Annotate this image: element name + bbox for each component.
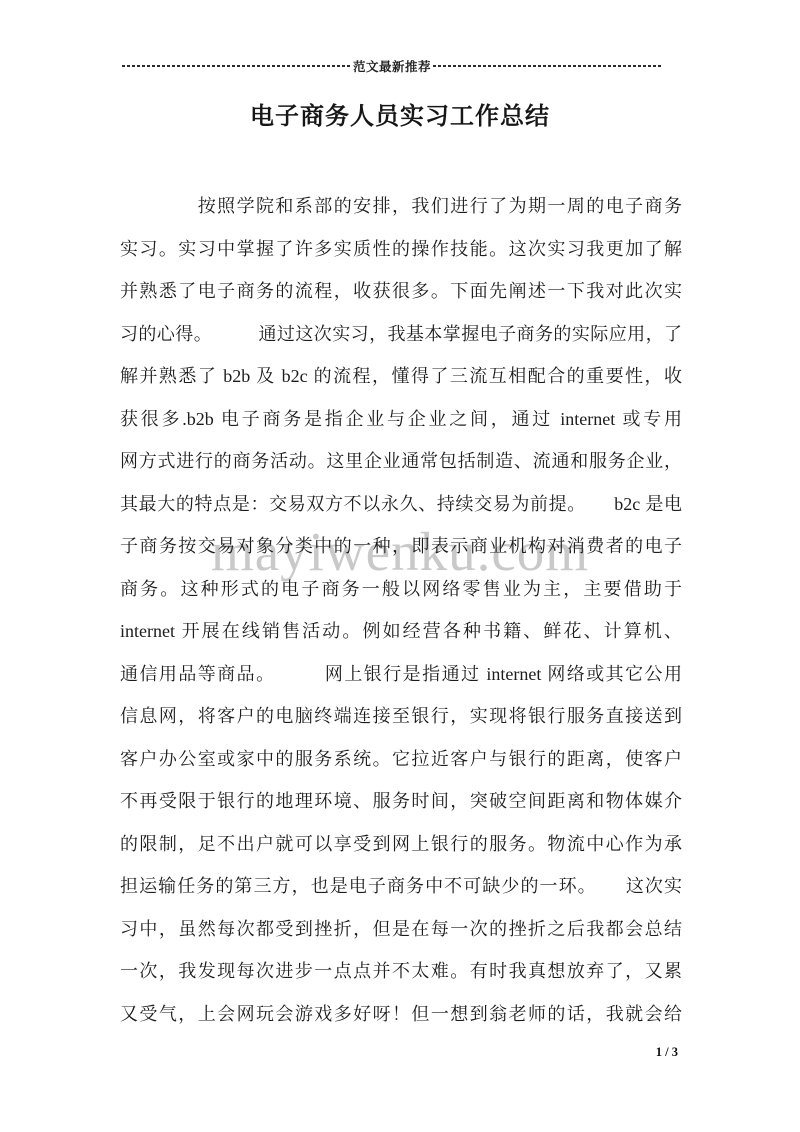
body-line: 其最大的特点是：交易双方不以永久、持续交易为前提。 b2c 是电 (120, 483, 682, 526)
body-line: 实习。实习中掌握了许多实质性的操作技能。这次实习我更加了解 (120, 228, 682, 271)
body-line: 通信用品等商品。 网上银行是指通过 internet 网络或其它公用 (120, 653, 682, 696)
body-line: 解并熟悉了 b2b 及 b2c 的流程，懂得了三流互相配合的重要性，收 (120, 355, 682, 398)
body-line: 获很多.b2b 电子商务是指企业与企业之间，通过 internet 或专用 (120, 398, 682, 441)
document-body: 按照学院和系部的安排，我们进行了为期一周的电子商务实习。实习中掌握了许多实质性的… (120, 185, 682, 1035)
document-page: 范文最新推荐 电子商务人员实习工作总结 mayiwenku.com 按照学院和系… (0, 0, 800, 1132)
body-line: 商务。这种形式的电子商务一般以网络零售业为主，主要借助于 (120, 568, 682, 611)
body-line: 习中，虽然每次都受到挫折，但是在每一次的挫折之后我都会总结 (120, 908, 682, 951)
body-line: 习的心得。 通过这次实习，我基本掌握电子商务的实际应用，了 (120, 313, 682, 356)
body-line: 客户办公室或家中的服务系统。它拉近客户与银行的距离，使客户 (120, 738, 682, 781)
body-line: 不再受限于银行的地理环境、服务时间，突破空间距离和物体媒介 (120, 780, 682, 823)
header-label: 范文最新推荐 (351, 57, 433, 75)
body-line: 网方式进行的商务活动。这里企业通常包括制造、流通和服务企业， (120, 440, 682, 483)
header-divider: 范文最新推荐 (122, 56, 662, 76)
body-line: 并熟悉了电子商务的流程，收获很多。下面先阐述一下我对此次实 (120, 270, 682, 313)
body-line: 子商务按交易对象分类中的一种，即表示商业机构对消费者的电子 (120, 525, 682, 568)
body-line: 按照学院和系部的安排，我们进行了为期一周的电子商务 (120, 185, 682, 228)
body-line: 一次，我发现每次进步一点点并不太难。有时我真想放弃了，又累 (120, 950, 682, 993)
dash-line-left (122, 65, 351, 67)
document-title: 电子商务人员实习工作总结 (0, 96, 800, 131)
body-line: 担运输任务的第三方，也是电子商务中不可缺少的一环。 这次实 (120, 865, 682, 908)
body-line: 又受气，上会网玩会游戏多好呀！但一想到翁老师的话，我就会给 (120, 993, 682, 1036)
body-line: internet 开展在线销售活动。例如经营各种书籍、鲜花、计算机、 (120, 610, 682, 653)
dash-line-right (433, 65, 662, 67)
body-line: 的限制，足不出户就可以享受到网上银行的服务。物流中心作为承 (120, 823, 682, 866)
body-line: 信息网，将客户的电脑终端连接至银行，实现将银行服务直接送到 (120, 695, 682, 738)
page-number: 1 / 3 (0, 1045, 678, 1060)
